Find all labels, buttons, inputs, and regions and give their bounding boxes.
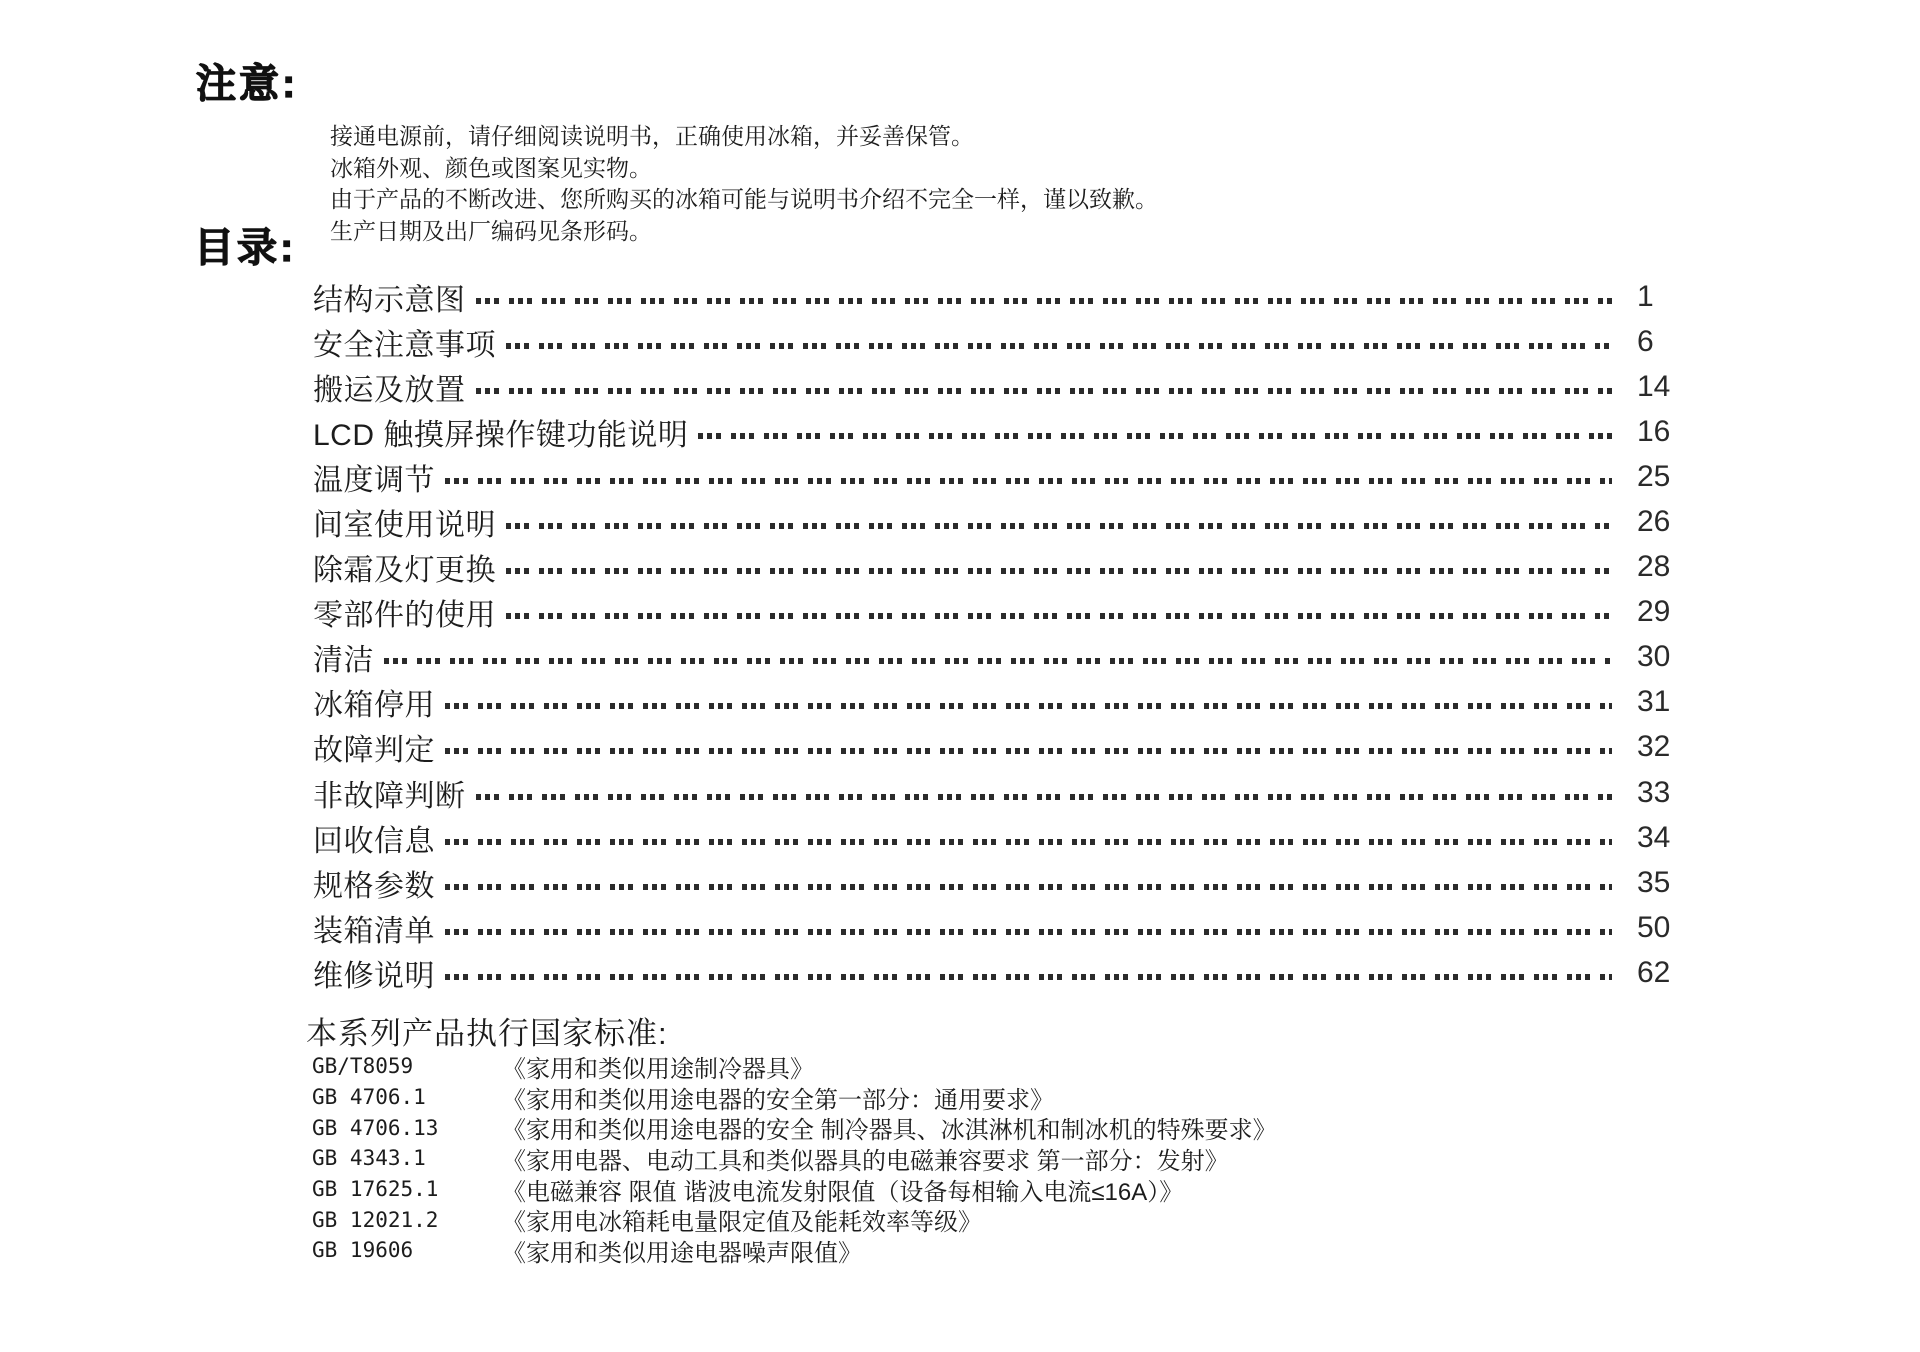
toc-entry-title: 除霜及灯更换 [313,545,496,589]
standard-row: GB 4343.1 《家用电器、电动工具和类似器具的电磁兼容要求 第一部分：发射… [312,1143,1277,1174]
notice-line: 生产日期及出厂编码见条形码。 [330,216,1158,248]
toc-page-number: 16 [1637,415,1699,449]
toc-row: 回收信息 34 [313,815,1699,860]
toc-page-number: 32 [1637,730,1699,764]
standards-list: GB/T8059 《家用和类似用途制冷器具》 GB 4706.1 《家用和类似用… [312,1051,1277,1266]
toc-page-number: 14 [1637,370,1699,404]
standard-row: GB 4706.1 《家用和类似用途电器的安全第一部分：通用要求》 [312,1082,1277,1113]
standard-code: GB 19606 [312,1238,502,1262]
toc-page-number: 34 [1637,821,1699,855]
toc-page-number: 26 [1637,505,1699,539]
toc-dot-leader [445,974,1612,980]
toc-entry-title: 结构示意图 [313,275,466,319]
toc-page-number: 31 [1637,685,1699,719]
notice-block: 接通电源前，请仔细阅读说明书，正确使用冰箱，并妥善保管。 冰箱外观、颜色或图案见… [330,121,1158,248]
standards-heading: 本系列产品执行国家标准: [306,1008,668,1053]
toc-row: 间室使用说明 26 [313,499,1699,544]
toc-heading: 目录: [194,216,296,273]
standard-row: GB 4706.13 《家用和类似用途电器的安全 制冷器具、冰淇淋机和制冰机的特… [312,1112,1277,1143]
toc-row: LCD 触摸屏操作键功能说明 16 [313,409,1699,454]
toc-row: 搬运及放置 14 [313,364,1699,409]
toc-row: 除霜及灯更换 28 [313,545,1699,590]
toc-page-number: 6 [1637,325,1699,359]
standard-code: GB 4343.1 [312,1146,502,1170]
toc-entry-title: 故障判定 [313,725,435,769]
toc-dot-leader [506,613,1612,619]
toc-entry-title: 维修说明 [313,951,435,995]
toc-page-number: 50 [1637,911,1699,945]
toc-page-number: 1 [1637,280,1699,314]
toc-entry-title: 安全注意事项 [313,320,496,364]
toc-page-number: 30 [1637,640,1699,674]
toc-dot-leader [445,478,1612,484]
toc-row: 安全注意事项 6 [313,319,1699,364]
toc-dot-leader [445,703,1612,709]
toc-dot-leader [698,433,1612,439]
toc-row: 零部件的使用 29 [313,590,1699,635]
standard-row: GB 12021.2 《家用电冰箱耗电量限定值及能耗效率等级》 [312,1204,1277,1235]
notice-line: 由于产品的不断改进、您所购买的冰箱可能与说明书介绍不完全一样，谨以致歉。 [330,184,1158,216]
toc-page-number: 25 [1637,460,1699,494]
toc-page-number: 35 [1637,866,1699,900]
toc-row: 非故障判断 33 [313,770,1699,815]
standard-code: GB 4706.1 [312,1085,502,1109]
toc-entry-title: 冰箱停用 [313,680,435,724]
toc-row: 清洁 30 [313,635,1699,680]
toc-entry-title: 温度调节 [313,455,435,499]
toc-entry-title: 零部件的使用 [313,590,496,634]
toc-dot-leader [384,658,1612,664]
toc-entry-title: 清洁 [313,635,374,679]
standard-code: GB 17625.1 [312,1177,502,1201]
toc-row: 规格参数 35 [313,860,1699,905]
toc-dot-leader [445,748,1612,754]
notice-heading: 注意: [196,52,298,109]
toc-dot-leader [506,568,1612,574]
toc-dot-leader [476,794,1613,800]
notice-line: 冰箱外观、颜色或图案见实物。 [330,153,1158,185]
standard-row: GB 17625.1 《电磁兼容 限值 谐波电流发射限值（设备每相输入电流≤16… [312,1174,1277,1205]
toc-row: 维修说明 62 [313,950,1699,995]
standard-title: 《家用和类似用途电器噪声限值》 [502,1233,862,1268]
toc-page-number: 62 [1637,956,1699,990]
toc-dot-leader [445,929,1612,935]
toc-dot-leader [445,884,1612,890]
toc-entry-title: 间室使用说明 [313,500,496,544]
toc-entry-title: 搬运及放置 [313,365,466,409]
toc-dot-leader [445,839,1612,845]
toc-entry-title: 回收信息 [313,816,435,860]
notice-line: 接通电源前，请仔细阅读说明书，正确使用冰箱，并妥善保管。 [330,121,1158,153]
toc-row: 结构示意图 1 [313,274,1699,319]
toc-row: 温度调节 25 [313,454,1699,499]
toc-dot-leader [506,523,1612,529]
standard-code: GB/T8059 [312,1054,502,1078]
toc-dot-leader [476,298,1613,304]
standard-row: GB 19606 《家用和类似用途电器噪声限值》 [312,1235,1277,1266]
toc-row: 故障判定 32 [313,725,1699,770]
standard-code: GB 12021.2 [312,1208,502,1232]
toc-row: 装箱清单 50 [313,905,1699,950]
toc-page-number: 33 [1637,776,1699,810]
toc-page-number: 28 [1637,550,1699,584]
toc-entry-title: 装箱清单 [313,906,435,950]
toc-dot-leader [506,343,1612,349]
manual-toc-page: 注意: 接通电源前，请仔细阅读说明书，正确使用冰箱，并妥善保管。 冰箱外观、颜色… [0,0,1920,1352]
toc-entry-title: LCD 触摸屏操作键功能说明 [313,410,688,454]
toc-page-number: 29 [1637,595,1699,629]
toc-dot-leader [476,388,1613,394]
toc-row: 冰箱停用 31 [313,680,1699,725]
standard-row: GB/T8059 《家用和类似用途制冷器具》 [312,1051,1277,1082]
toc-list: 结构示意图 1 安全注意事项 6 搬运及放置 14 LCD 触摸屏操作键功能说明… [313,274,1699,996]
toc-entry-title: 规格参数 [313,861,435,905]
standard-code: GB 4706.13 [312,1116,502,1140]
toc-entry-title: 非故障判断 [313,771,466,815]
